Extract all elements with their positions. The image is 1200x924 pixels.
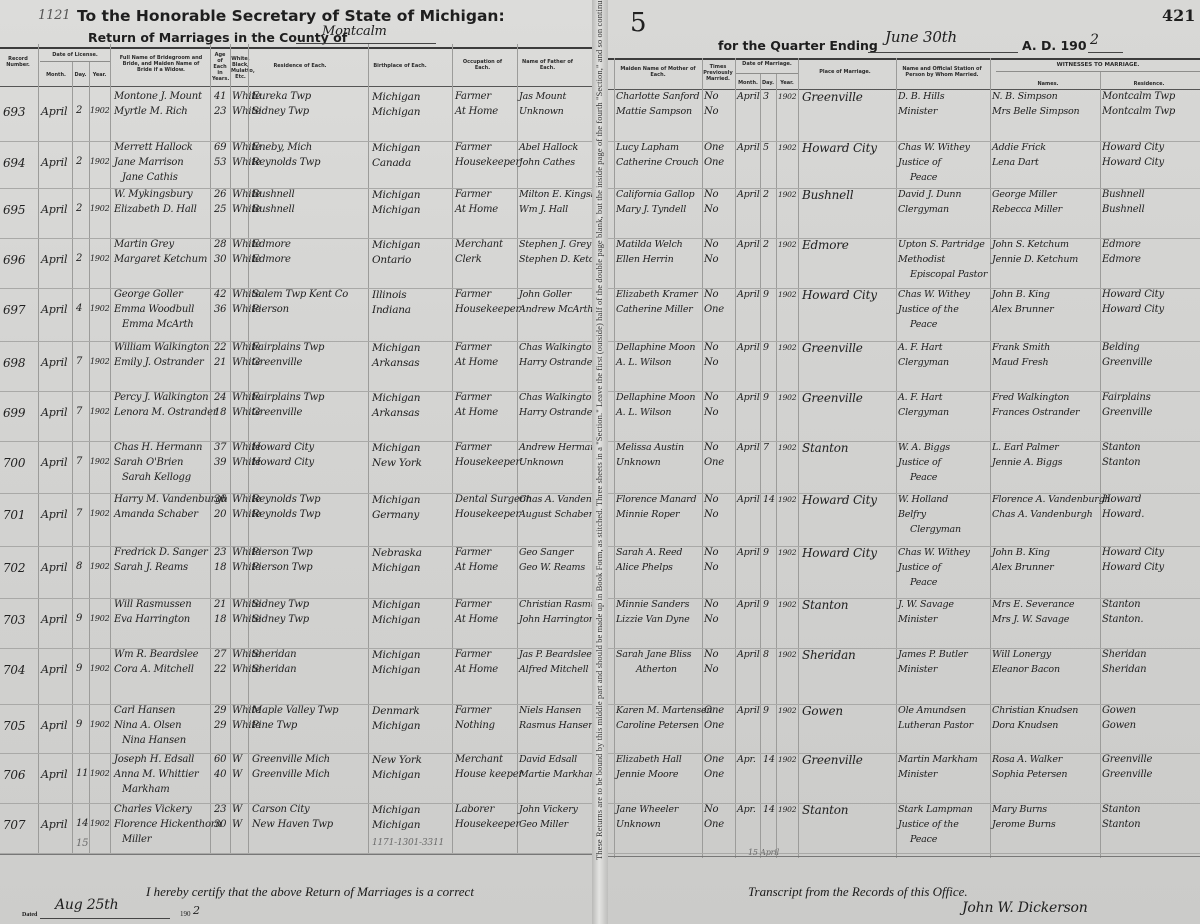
row-divider (0, 648, 600, 649)
officiant-name: Chas W. Withey (898, 547, 970, 558)
birthplace: Michigan (372, 494, 420, 506)
residence: Sidney Twp (252, 614, 309, 625)
residence: Sidney Twp (252, 599, 309, 610)
occupation: Farmer (455, 189, 491, 200)
father-name: Harry Ostrander (519, 407, 596, 418)
header-witness-residence: Residence. (1100, 81, 1198, 87)
marriage-month: April (737, 189, 760, 200)
officiant-name: Stark Lampman (898, 804, 973, 815)
marriage-month: April (737, 547, 760, 558)
dated-label: Dated (22, 912, 37, 918)
occupation: Farmer (455, 392, 491, 403)
times-married: One (704, 705, 724, 716)
marriage-place: Greenville (802, 341, 863, 355)
record-number: 694 (3, 156, 25, 170)
license-month: April (41, 613, 67, 626)
marriage-year: 1902 (778, 143, 796, 152)
age: 18 (214, 407, 226, 418)
marriage-place: Stanton (802, 803, 848, 817)
license-month: April (41, 253, 67, 266)
officiant-station: Peace (910, 172, 937, 183)
father-name: Milton E. Kingsbury (519, 189, 600, 200)
residence: Salem Twp Kent Co (252, 289, 348, 300)
birthplace: Michigan (372, 614, 420, 626)
groom-name: W. Mykingsbury (114, 189, 192, 200)
officiant-station: Minister (898, 106, 937, 117)
mother-name: Mary J. Tyndell (616, 204, 686, 215)
license-year: 1902 (90, 106, 110, 115)
marriage-year: 1902 (778, 190, 796, 199)
residence: New Haven Twp (252, 819, 333, 830)
header-witnesses: WITNESSES TO MARRIAGE. (998, 62, 1198, 68)
officiant-name: Ole Amundsen (898, 705, 966, 716)
license-year: 1902 (90, 614, 110, 623)
age: 22 (214, 342, 226, 353)
birthplace: Michigan (372, 562, 420, 574)
age: 23 (214, 804, 226, 815)
marriage-month: April (737, 649, 760, 660)
age: 25 (214, 204, 226, 215)
license-year: 1902 (90, 204, 110, 213)
father-name: Jas Mount (519, 91, 566, 102)
bride-name: Sarah O'Brien (114, 457, 183, 468)
row-divider (0, 238, 600, 239)
occupation: Farmer (455, 289, 491, 300)
age: 22 (214, 664, 226, 675)
times-married: One (704, 142, 724, 153)
witness-name: Dora Knudsen (992, 720, 1058, 731)
residence: Bushnell (252, 204, 295, 215)
bride-name: Jane Marrison (114, 157, 183, 168)
witness-name: Rosa A. Walker (992, 754, 1062, 765)
witness-name: John S. Ketchum (992, 239, 1069, 250)
age: 39 (214, 457, 226, 468)
right-page: 5 421 for the Quarter Ending June 30th A… (600, 0, 1200, 924)
license-month: April (41, 818, 67, 831)
marriage-place: Edmore (802, 238, 849, 252)
license-month: April (41, 156, 67, 169)
witness-residence: Howard City (1102, 289, 1164, 300)
header-m-day: Day. (760, 80, 776, 86)
officiant-station: Lutheran Pastor (898, 720, 973, 731)
mother-name: Catherine Miller (616, 304, 693, 315)
officiant-station: Peace (910, 577, 937, 588)
father-name: Christian Rasmussen (519, 599, 600, 610)
marriage-month: April (737, 91, 760, 102)
age: 23 (214, 106, 226, 117)
witness-name: Rebecca Miller (992, 204, 1062, 215)
license-month: April (41, 356, 67, 369)
birthplace: Illinois (372, 289, 406, 301)
residence: Bushnell (252, 189, 295, 200)
license-month: April (41, 719, 67, 732)
residence: Pine Twp (252, 720, 297, 731)
times-married: No (704, 649, 718, 660)
occupation: At Home (455, 614, 498, 625)
quarter-label: for the Quarter Ending (718, 38, 878, 53)
license-month: April (41, 508, 67, 521)
groom-name: Harry M. Vandenburgh (114, 494, 228, 505)
license-day: 4 (76, 303, 82, 314)
age: 21 (214, 599, 226, 610)
pencil-note: 1171-1301-3311 (372, 838, 444, 848)
witness-residence: Belding (1102, 342, 1140, 353)
witness-name: Mrs E. Severance (992, 599, 1074, 610)
officiant-name: Chas W. Withey (898, 142, 970, 153)
age: 40 (214, 769, 226, 780)
license-year: 1902 (90, 357, 110, 366)
groom-name: Martin Grey (114, 239, 174, 250)
witness-name: Jennie D. Ketchum (992, 254, 1078, 265)
birthplace: Nebraska (372, 547, 422, 559)
witness-residence: Edmore (1102, 254, 1141, 265)
birthplace: Michigan (372, 91, 420, 103)
header-date-of-marriage: Date of Marriage. (736, 61, 798, 67)
witness-name: Will Lonergy (992, 649, 1051, 660)
color: W (232, 769, 242, 780)
witness-name: Addie Frick (992, 142, 1046, 153)
transcript-text: Transcript from the Records of this Offi… (748, 884, 968, 900)
license-month: April (41, 406, 67, 419)
license-day: 2 (76, 253, 82, 264)
witness-residence: Stanton (1102, 442, 1140, 453)
witness-residence: Greenville (1102, 407, 1152, 418)
residence: Edmore (252, 239, 291, 250)
mother-name: Catherine Crouch (616, 157, 699, 168)
marriage-day: 14 (763, 754, 775, 765)
times-married: No (704, 392, 718, 403)
certify-text: I hereby certify that the above Return o… (146, 884, 474, 900)
age: 69 (214, 142, 226, 153)
groom-name: Carl Hansen (114, 705, 175, 716)
license-day: 8 (76, 561, 82, 572)
witness-name: Sophia Petersen (992, 769, 1067, 780)
times-married: No (704, 562, 718, 573)
birthplace: Michigan (372, 442, 420, 454)
record-number: 706 (3, 768, 25, 782)
officiant-name: James P. Butler (898, 649, 968, 660)
father-name: John Goller (519, 289, 571, 300)
marriage-month: April (737, 392, 760, 403)
times-married: One (704, 457, 724, 468)
header-times-married: Times Previously Married. (702, 64, 734, 82)
witness-residence: Montcalm Twp (1102, 106, 1175, 117)
marriage-month: April (737, 142, 760, 153)
witness-name: L. Earl Palmer (992, 442, 1059, 453)
officiant-station: Clergyman (898, 204, 949, 215)
times-married: No (704, 357, 718, 368)
record-number: 704 (3, 663, 25, 677)
times-married: No (704, 189, 718, 200)
header-officiant: Name and Official Station of Person by W… (896, 66, 988, 78)
header-place: Place of Marriage. (800, 69, 890, 75)
mother-name: Alice Phelps (616, 562, 673, 573)
groom-name: William Walkington (114, 342, 209, 353)
officiant-station: Peace (910, 472, 937, 483)
officiant-station: Justice of the (898, 304, 959, 315)
license-day: 2 (76, 105, 82, 116)
header-occupation: Occupation of Each. (455, 59, 510, 71)
residence: Reynolds Twp (252, 494, 320, 505)
times-married: No (704, 614, 718, 625)
marriage-year: 1902 (778, 706, 796, 715)
license-month: April (41, 561, 67, 574)
witness-residence: Stanton (1102, 804, 1140, 815)
officiant-station: Justice of (898, 562, 941, 573)
father-name: Unknown (519, 106, 564, 117)
bride-name: Margaret Ketchum (114, 254, 207, 265)
age: 24 (214, 392, 226, 403)
witness-name: Frank Smith (992, 342, 1050, 353)
bride-name: Amanda Schaber (114, 509, 198, 520)
license-year: 1902 (90, 457, 110, 466)
officiant-station: Justice of (898, 457, 941, 468)
age: 53 (214, 157, 226, 168)
quarter-date: June 30th (885, 28, 957, 46)
groom-name: Wm R. Beardslee (114, 649, 198, 660)
license-year: 1902 (90, 819, 110, 828)
witness-residence: Greenville (1102, 769, 1152, 780)
officiant-station: Minister (898, 614, 937, 625)
birthplace: Michigan (372, 769, 420, 781)
times-married: No (704, 204, 718, 215)
groom-name: Montone J. Mount (114, 91, 202, 102)
marriage-day: 9 (763, 705, 769, 716)
marriage-day: 5 (763, 142, 769, 153)
marriage-day: 2 (763, 189, 769, 200)
residence: Greenville (252, 357, 302, 368)
bride-name: Sarah J. Reams (114, 562, 188, 573)
license-day: 11 (76, 768, 88, 779)
birthplace: Arkansas (372, 407, 419, 419)
residence: Pierson Twp (252, 562, 312, 573)
times-married: One (704, 304, 724, 315)
witness-residence: Stanton (1102, 457, 1140, 468)
officiant-station: Clergyman (898, 357, 949, 368)
marriage-day: 9 (763, 392, 769, 403)
occupation: Housekeeper (455, 819, 520, 830)
residence: Reynolds Twp (252, 157, 320, 168)
age: 27 (214, 649, 226, 660)
age: 36 (214, 304, 226, 315)
age: 18 (214, 614, 226, 625)
residence: Sidney Twp (252, 106, 309, 117)
occupation: At Home (455, 357, 498, 368)
marriage-day: 9 (763, 342, 769, 353)
groom-name: Chas H. Hermann (114, 442, 202, 453)
ad-label: A. D. 190 (1022, 38, 1087, 53)
occupation: Farmer (455, 599, 491, 610)
residence: Sheridan (252, 649, 296, 660)
mother-name: Dellaphine Moon (616, 392, 695, 403)
marriage-month: April (737, 342, 760, 353)
bride-name: Nina A. Olsen (114, 720, 181, 731)
birthplace: Michigan (372, 819, 420, 831)
times-married: One (704, 157, 724, 168)
residence: Eureka Twp (252, 91, 311, 102)
witness-residence: Bushnell (1102, 189, 1145, 200)
father-name: Martie Markham (519, 769, 598, 780)
document-title: To the Honorable Secretary of State of M… (77, 7, 505, 25)
marriage-month: April (737, 239, 760, 250)
marriage-place: Greenville (802, 391, 863, 405)
marriage-month: April (737, 494, 760, 505)
occupation: Farmer (455, 342, 491, 353)
mother-name: Matilda Welch (616, 239, 683, 250)
marriage-day: 3 (763, 91, 769, 102)
father-name: Stephen J. Grey (519, 239, 591, 250)
times-married: No (704, 254, 718, 265)
father-name: Jas P. Beardslee (519, 649, 592, 660)
bride-maiden-name: Emma McArth (122, 319, 194, 330)
times-married: No (704, 289, 718, 300)
occupation: At Home (455, 204, 498, 215)
times-married: No (704, 91, 718, 102)
license-day: 9 (76, 613, 82, 624)
marriage-year: 1902 (778, 240, 796, 249)
times-married: No (704, 342, 718, 353)
mother-name: Dellaphine Moon (616, 342, 695, 353)
father-name: Geo Sanger (519, 547, 574, 558)
officiant-station: Clergyman (910, 524, 961, 535)
marriage-day: 14 (763, 494, 775, 505)
birthplace: Denmark (372, 705, 420, 717)
witness-residence: Howard City (1102, 547, 1164, 558)
color: W (232, 754, 242, 765)
color: W (232, 819, 242, 830)
occupation: Housekeeper (455, 304, 520, 315)
header-age: Age of Each in Years. (212, 52, 228, 82)
header-full-names: Full Name of Bridegroom and Bride, and M… (116, 55, 206, 73)
marriage-place: Stanton (802, 598, 848, 612)
marriage-place: Howard City (802, 546, 877, 560)
witness-name: John B. King (992, 289, 1050, 300)
occupation: Nothing (455, 720, 495, 731)
mother-name: Lizzie Van Dyne (616, 614, 690, 625)
residence: Fairplains Twp (252, 342, 324, 353)
license-day: 14 (76, 818, 88, 829)
times-married: No (704, 804, 718, 815)
residence: Maple Valley Twp (252, 705, 338, 716)
groom-name: Joseph H. Edsall (114, 754, 194, 765)
father-name: Chas Walkington (519, 392, 597, 403)
birthplace: Michigan (372, 239, 420, 251)
marriage-year: 1902 (778, 343, 796, 352)
father-name: Niels Hansen (519, 705, 581, 716)
marriage-place: Howard City (802, 141, 877, 155)
license-day: 7 (76, 508, 82, 519)
mother-name: Sarah Jane Bliss (616, 649, 691, 660)
age: 29 (214, 705, 226, 716)
header-birthplace: Birthplace of Each. (370, 63, 430, 69)
header-witness-names: Names. (998, 81, 1098, 87)
marriage-year: 1902 (778, 650, 796, 659)
witness-name: Eleanor Bacon (992, 664, 1060, 675)
license-year: 1902 (90, 254, 110, 263)
witness-residence: Montcalm Twp (1102, 91, 1175, 102)
officiant-station: Peace (910, 319, 937, 330)
license-day: 2 (76, 156, 82, 167)
times-married: One (704, 769, 724, 780)
record-number: 707 (3, 818, 25, 832)
header-mother: Maiden Name of Mother of Each. (618, 66, 698, 78)
father-name: Unknown (519, 457, 564, 468)
witness-residence: Howard (1102, 494, 1141, 505)
witness-name: Mrs J. W. Savage (992, 614, 1069, 625)
marriage-day: 8 (763, 649, 769, 660)
residence: Howard City (252, 457, 314, 468)
witness-residence: Howard City (1102, 562, 1164, 573)
bride-maiden-name: Markham (122, 784, 170, 795)
residence: Greenville Mich (252, 754, 330, 765)
marriage-year: 1902 (778, 92, 796, 101)
father-name: Alfred Mitchell (519, 664, 588, 675)
birthplace: Michigan (372, 204, 420, 216)
birthplace: Michigan (372, 392, 420, 404)
mother-name: Unknown (616, 819, 661, 830)
age: 41 (214, 91, 226, 102)
groom-name: Fredrick D. Sanger (114, 547, 208, 558)
bride-name: Emily J. Ostrander (114, 357, 204, 368)
mother-name: Jane Wheeler (616, 804, 678, 815)
dated-value: Aug 25th (55, 897, 118, 913)
officiant-name: A. F. Hart (898, 392, 942, 403)
witness-residence: Howard City (1102, 304, 1164, 315)
occupation: Farmer (455, 142, 491, 153)
bride-name: Myrtle M. Rich (114, 106, 188, 117)
father-name: John Vickery (519, 804, 578, 815)
bride-name: Anna M. Whittier (114, 769, 199, 780)
groom-name: Percy J. Walkington (114, 392, 208, 403)
witness-name: Mrs Belle Simpson (992, 106, 1079, 117)
age: 18 (214, 562, 226, 573)
birthplace: Ontario (372, 254, 411, 266)
marriage-place: Howard City (802, 493, 877, 507)
mother-name: Sarah A. Reed (616, 547, 682, 558)
father-name: Wm J. Hall (519, 204, 568, 215)
bride-name: Lenora M. Ostrander (114, 407, 217, 418)
mother-name: A. L. Wilson (616, 357, 671, 368)
occupation: At Home (455, 407, 498, 418)
father-name: August Schaber (519, 509, 593, 520)
dated-year-suffix: 2 (193, 904, 200, 917)
father-name: Rasmus Hansen (519, 720, 594, 731)
residence: Pierson (252, 304, 289, 315)
record-number: 698 (3, 356, 25, 370)
witness-residence: Gowen (1102, 720, 1136, 731)
officiant-station: Minister (898, 769, 937, 780)
record-number: 696 (3, 253, 25, 267)
bride-maiden-name: Miller (122, 834, 151, 845)
marriage-year: 1902 (778, 548, 796, 557)
marriage-day: 9 (763, 547, 769, 558)
officiant-name: Upton S. Partridge (898, 239, 985, 250)
officiant-station: Peace (910, 834, 937, 845)
record-number: 700 (3, 456, 25, 470)
occupation: Farmer (455, 705, 491, 716)
age: 36 (214, 494, 226, 505)
bride-maiden-name: Nina Hansen (122, 735, 186, 746)
birthplace: Michigan (372, 804, 420, 816)
witness-name: Christian Knudsen (992, 705, 1078, 716)
occupation: Farmer (455, 649, 491, 660)
license-year: 1902 (90, 157, 110, 166)
record-number: 703 (3, 613, 25, 627)
officiant-name: Chas W. Withey (898, 289, 970, 300)
license-year: 1902 (90, 769, 110, 778)
marriage-month: Apr. (737, 804, 756, 815)
residence: Fairplains Twp (252, 392, 324, 403)
